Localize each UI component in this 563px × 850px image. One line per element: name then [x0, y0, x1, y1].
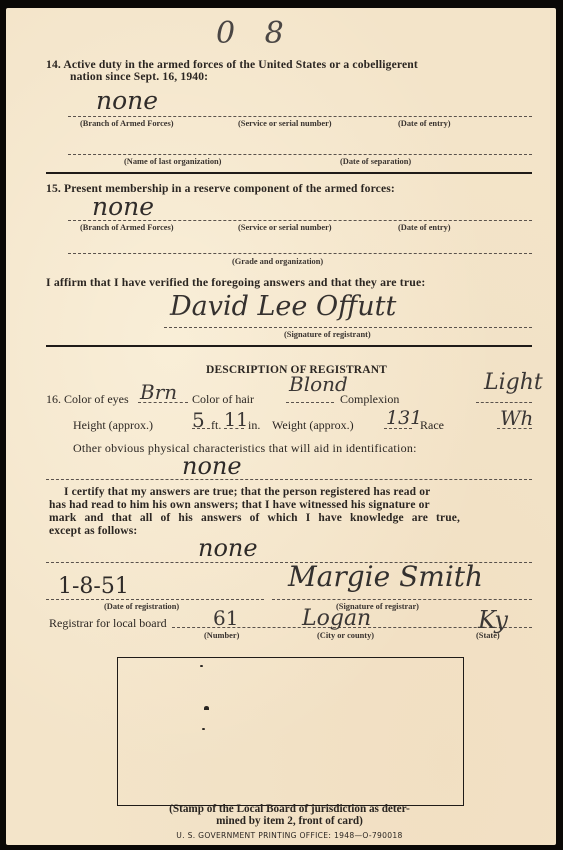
other-characteristics-label: Other obvious physical characteristics t…: [73, 441, 417, 456]
signature-line: [164, 327, 532, 328]
item15-caption-serial: (Service or serial number): [238, 223, 332, 232]
board-state-caption: (State): [476, 631, 500, 640]
registrar-signature-line: [272, 599, 532, 600]
registration-date-value: 1-8-51: [58, 574, 129, 599]
item14-branch-value: none: [96, 86, 158, 115]
complexion-value: Light: [484, 370, 543, 395]
ink-mark: [202, 728, 205, 730]
eyes-line: [138, 402, 188, 403]
board-county-value: Logan: [302, 606, 371, 631]
local-board-stamp-box: [117, 657, 464, 806]
other-characteristics-line: [46, 479, 532, 480]
eyes-label: Color of eyes: [64, 392, 129, 406]
registrar-signature: Margie Smith: [288, 560, 483, 593]
board-county-caption: (City or county): [317, 631, 374, 640]
printer-imprint: U. S. GOVERNMENT PRINTING OFFICE: 1948—O…: [117, 831, 462, 840]
item15-caption-entry: (Date of entry): [398, 223, 451, 232]
signature-caption: (Signature of registrant): [284, 330, 371, 339]
weight-line: [384, 428, 412, 429]
item14-caption-separation: (Date of separation): [340, 157, 411, 166]
affirmation-text: I affirm that I have verified the forego…: [46, 276, 425, 289]
item14-caption-serial: (Service or serial number): [238, 119, 332, 128]
race-line: [497, 428, 532, 429]
item15-line2: [68, 253, 532, 254]
complexion-label: Complexion: [340, 392, 399, 407]
certification-line1: I certify that my answers are true; that…: [64, 486, 430, 499]
item14-caption-entry: (Date of entry): [398, 119, 451, 128]
registration-card: 0 8 14. Active duty in the armed forces …: [6, 8, 556, 845]
in-label: in.: [248, 418, 260, 433]
complexion-line: [476, 402, 532, 403]
eyes-value: Brn: [140, 380, 177, 404]
certification-line3: mark and that all of his answers of whic…: [49, 512, 460, 525]
item15-caption-branch: (Branch of Armed Forces): [80, 223, 174, 232]
ink-mark: [204, 706, 209, 710]
hair-value: Blond: [289, 372, 348, 396]
weight-label: Weight (approx.): [272, 418, 354, 433]
item16-row1: 16. Color of eyes: [46, 392, 129, 407]
item14-line1: [68, 116, 532, 117]
height-label: Height (approx.): [73, 418, 153, 433]
race-value: Wh: [500, 406, 533, 430]
item15-caption-grade: (Grade and organization): [232, 257, 323, 266]
item15-line1: [68, 220, 532, 221]
height-in-line: [224, 428, 244, 429]
certification-line4: except as follows:: [49, 525, 137, 538]
section-divider-2: [46, 345, 532, 347]
item15-branch-value: none: [92, 192, 154, 221]
exceptions-value: none: [198, 534, 258, 562]
board-number-caption: (Number): [204, 631, 239, 640]
item14-line2: [68, 154, 532, 155]
board-number-value: 61: [213, 606, 238, 630]
item16-number: 16.: [46, 392, 61, 406]
ft-label: ft.: [211, 418, 221, 433]
local-board-label: Registrar for local board: [49, 616, 167, 631]
race-label: Race: [420, 418, 444, 433]
board-state-value: Ky: [478, 606, 508, 634]
other-characteristics-value: none: [182, 452, 242, 480]
ink-mark: [200, 665, 203, 667]
stamp-caption-line1: (Stamp of the Local Board of jurisdictio…: [117, 803, 462, 815]
registration-date-caption: (Date of registration): [104, 602, 179, 611]
registration-date-line: [46, 599, 264, 600]
registrant-signature: David Lee Offutt: [170, 291, 396, 322]
item14-caption-last-org: (Name of last organization): [124, 157, 221, 166]
section-divider-1: [46, 172, 532, 174]
hair-label: Color of hair: [192, 392, 254, 407]
top-annotation: 0 8: [216, 16, 294, 51]
height-ft-line: [192, 428, 210, 429]
certification-line2: has had read to him his own answers; tha…: [49, 499, 430, 512]
item14-label-line2: nation since Sept. 16, 1940:: [70, 71, 208, 84]
item14-caption-branch: (Branch of Armed Forces): [80, 119, 174, 128]
weight-value: 131: [386, 407, 422, 429]
hair-line: [286, 402, 334, 403]
stamp-caption-line2: mined by item 2, front of card): [117, 815, 462, 827]
